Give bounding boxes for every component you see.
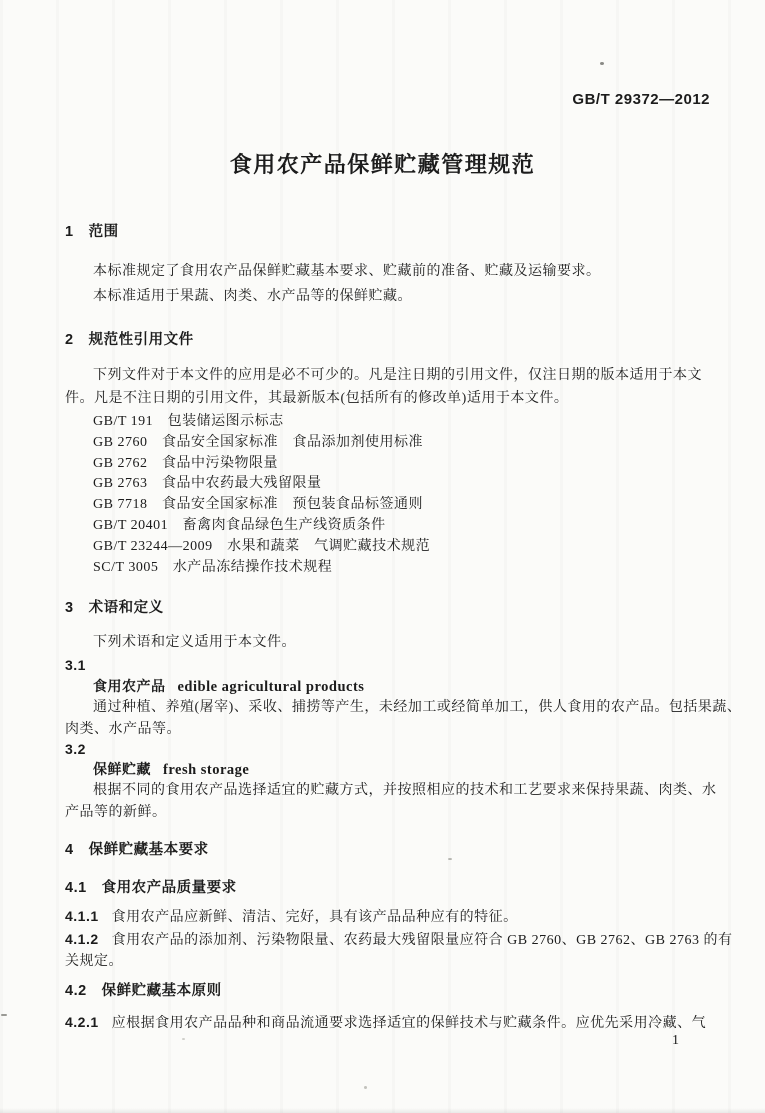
definition-line: 肉类、水产品等。 bbox=[65, 720, 181, 740]
term-en: edible agricultural products bbox=[178, 679, 365, 695]
reference-item: SC/T 3005 水产品冻结操作技术规程 bbox=[93, 558, 332, 578]
paragraph-line: 下列术语和定义适用于本文件。 bbox=[93, 633, 296, 653]
document-page: GB/T 29372—2012 食用农产品保鲜贮藏管理规范 1 范围 本标准规定… bbox=[0, 0, 765, 1113]
section-4-1-heading: 4.1 食用农产品质量要求 bbox=[65, 878, 237, 898]
clause-number: 4.1.1 bbox=[65, 908, 99, 924]
section-1-heading: 1 范围 bbox=[65, 222, 119, 242]
scan-speck bbox=[600, 62, 604, 65]
section-2-heading: 2 规范性引用文件 bbox=[65, 330, 194, 350]
term-zh: 保鲜贮藏 bbox=[93, 761, 151, 777]
definition-line: 产品等的新鲜。 bbox=[65, 803, 167, 823]
clause-line: 4.1.2食用农产品的添加剂、污染物限量、农药最大残留限量应符合 GB 2760… bbox=[65, 929, 732, 951]
reference-item: GB/T 23244—2009 水果和蔬菜 气调贮藏技术规范 bbox=[93, 537, 430, 557]
paragraph-line: 件。凡是不注日期的引用文件，其最新版本(包括所有的修改单)适用于本文件。 bbox=[65, 389, 568, 409]
clause-line: 4.1.1食用农产品应新鲜、清洁、完好，具有该产品品种应有的特征。 bbox=[65, 906, 518, 928]
reference-item: GB 2763 食品中农药最大残留限量 bbox=[93, 474, 321, 494]
term-number: 3.2 bbox=[65, 739, 86, 759]
term-number: 3.1 bbox=[65, 655, 86, 675]
doc-code: GB/T 29372—2012 bbox=[0, 90, 710, 110]
page-number: 1 bbox=[672, 1031, 680, 1051]
clause-number: 4.1.2 bbox=[65, 931, 99, 947]
term-line: 食用农产品edible agricultural products bbox=[93, 676, 364, 698]
definition-line: 根据不同的食用农产品选择适宜的贮藏方式，并按照相应的技术和工艺要求来保持果蔬、肉… bbox=[93, 781, 717, 801]
clause-text: 应根据食用农产品品种和商品流通要求选择适宜的保鲜技术与贮藏条件。应优先采用冷藏、… bbox=[112, 1016, 707, 1031]
term-en: fresh storage bbox=[163, 762, 249, 778]
reference-item: GB 7718 食品安全国家标准 预包装食品标签通则 bbox=[93, 495, 423, 515]
definition-line: 通过种植、养殖(屠宰)、采收、捕捞等产生，未经加工或经简单加工，供人食用的农产品… bbox=[93, 698, 741, 718]
section-3-heading: 3 术语和定义 bbox=[65, 598, 164, 618]
section-4-2-heading: 4.2 保鲜贮藏基本原则 bbox=[65, 981, 222, 1001]
section-4-heading: 4 保鲜贮藏基本要求 bbox=[65, 840, 209, 860]
scan-speck bbox=[182, 1038, 185, 1040]
clause-text: 食用农产品应新鲜、清洁、完好，具有该产品品种应有的特征。 bbox=[112, 910, 518, 925]
scan-speck bbox=[448, 858, 452, 860]
clause-line: 4.2.1应根据食用农产品品种和商品流通要求选择适宜的保鲜技术与贮藏条件。应优先… bbox=[65, 1012, 706, 1034]
paragraph-line: 下列文件对于本文件的应用是必不可少的。凡是注日期的引用文件，仅注日期的版本适用于… bbox=[93, 366, 702, 386]
clause-number: 4.2.1 bbox=[65, 1014, 99, 1030]
reference-item: GB 2760 食品安全国家标准 食品添加剂使用标准 bbox=[93, 433, 423, 453]
paragraph-line: 本标准规定了食用农产品保鲜贮藏基本要求、贮藏前的准备、贮藏及运输要求。 bbox=[93, 262, 601, 282]
paragraph-line: 本标准适用于果蔬、肉类、水产品等的保鲜贮藏。 bbox=[93, 287, 412, 307]
term-line: 保鲜贮藏fresh storage bbox=[93, 759, 249, 781]
clause-text: 食用农产品的添加剂、污染物限量、农药最大残留限量应符合 GB 2760、GB 2… bbox=[112, 933, 733, 948]
reference-item: GB/T 191 包装储运图示标志 bbox=[93, 412, 284, 432]
term-zh: 食用农产品 bbox=[93, 678, 166, 694]
clause-line: 关规定。 bbox=[65, 952, 123, 972]
page-title: 食用农产品保鲜贮藏管理规范 bbox=[0, 155, 765, 175]
reference-item: GB 2762 食品中污染物限量 bbox=[93, 454, 278, 474]
scan-speck bbox=[364, 1086, 367, 1089]
reference-item: GB/T 20401 畜禽肉食品绿色生产线资质条件 bbox=[93, 516, 386, 536]
scan-speck bbox=[1, 1014, 7, 1016]
